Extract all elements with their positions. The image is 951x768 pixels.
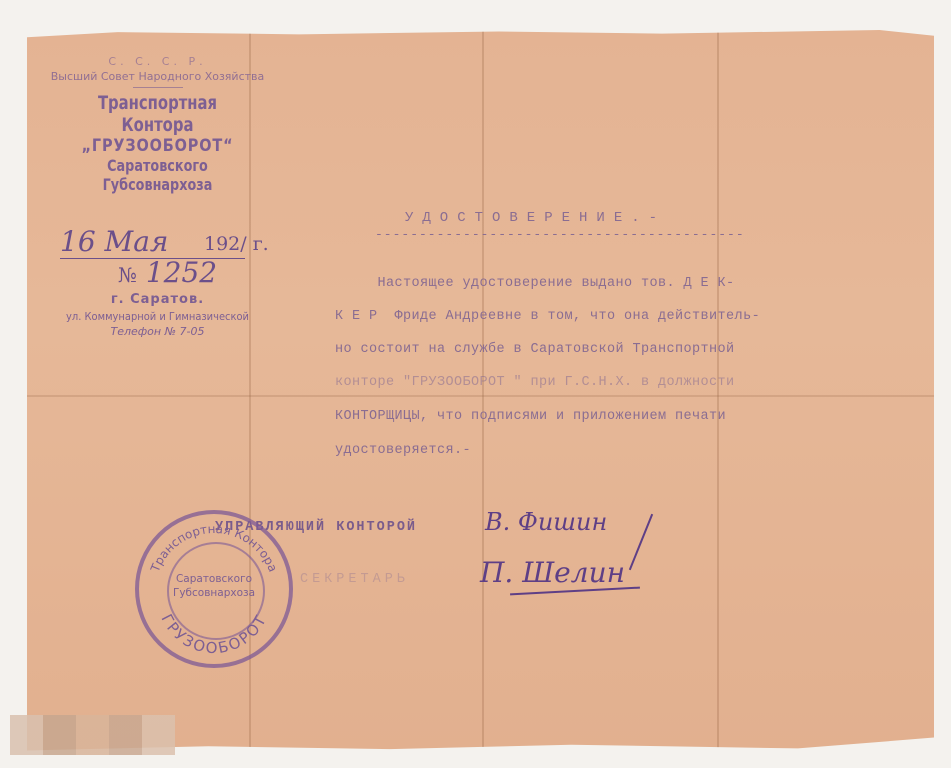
signature-secretary: П. Шелин bbox=[480, 556, 625, 589]
signature-manager: В. Фишин bbox=[485, 508, 607, 536]
number-value: 1252 bbox=[146, 256, 217, 289]
fold-line bbox=[717, 30, 719, 752]
letterhead-stamp: С. С. С. Р. Высший Совет Народного Хозяй… bbox=[35, 55, 280, 194]
document-title: УДОСТОВЕРЕНИЕ.- bbox=[405, 210, 666, 226]
stamp-line-ussr: С. С. С. Р. bbox=[35, 55, 280, 68]
address-phone: Телефон № 7-05 bbox=[30, 325, 285, 338]
stamp-line-region: Саратовского Губсовнархоза bbox=[60, 156, 256, 194]
secretary-role-faded: СЕКРЕТАРЬ bbox=[300, 572, 409, 587]
year-text: 192 bbox=[204, 233, 240, 255]
year-suffix: г. bbox=[253, 233, 269, 255]
address-city: г. Саратов. bbox=[30, 292, 285, 307]
stamp-line-name: „ГРУЗООБОРОТ“ bbox=[53, 136, 261, 156]
number-label: № bbox=[118, 263, 137, 287]
round-seal: Транспортная Контора ГРУЗООБОРОТ Саратов… bbox=[135, 510, 293, 668]
fold-line bbox=[482, 30, 484, 752]
address-stamp: г. Саратов. ул. Коммунарной и Гимназичес… bbox=[30, 292, 285, 338]
title-underline: ----------------------------------------… bbox=[375, 227, 745, 242]
body-line: конторе "ГРУЗООБОРОТ " при Г.С.Н.Х. в до… bbox=[335, 375, 735, 390]
stamp-line-council: Высший Совет Народного Хозяйства bbox=[35, 70, 280, 83]
redacted-watermark bbox=[10, 715, 175, 755]
date-text: 16 Мая bbox=[60, 225, 168, 258]
seal-center-line: Губсовнархоза bbox=[139, 586, 289, 600]
handwritten-date: 16 Мая 192/ г. bbox=[60, 225, 280, 258]
seal-center-text: Саратовского Губсовнархоза bbox=[139, 572, 289, 600]
body-line: Настоящее удостоверение выдано тов. Д Е … bbox=[335, 276, 735, 291]
seal-center-line: Саратовского bbox=[139, 572, 289, 586]
body-line: К Е Р Фриде Андреевне в том, что она дей… bbox=[335, 309, 760, 324]
body-line: но состоит на службе в Саратовской Транс… bbox=[335, 342, 735, 357]
address-street: ул. Коммунарной и Гимназической bbox=[43, 310, 273, 323]
document-number: № 1252 bbox=[118, 256, 217, 289]
fold-line bbox=[27, 395, 934, 397]
body-line: КОНТОРЩИЦЫ, что подписями и приложением … bbox=[335, 409, 726, 424]
stamp-rule bbox=[133, 87, 183, 88]
stamp-line-office: Транспортная Контора bbox=[62, 92, 253, 136]
body-line: удостоверяется.- bbox=[335, 443, 471, 458]
